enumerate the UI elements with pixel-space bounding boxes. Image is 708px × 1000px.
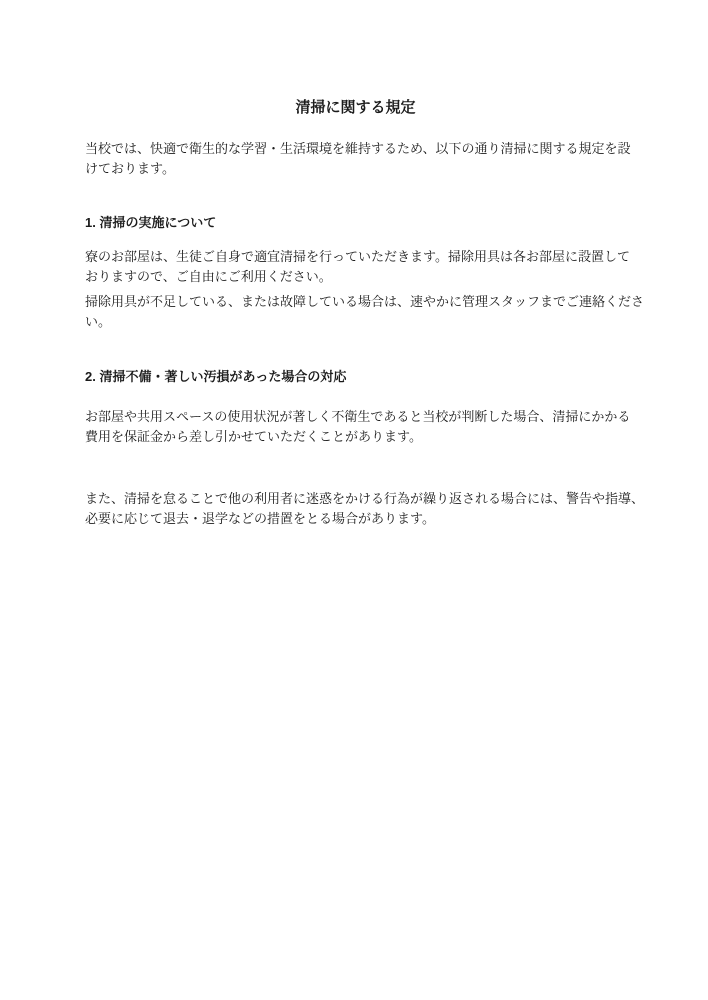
text-line: 必要に応じて退去・退学などの措置をとる場合があります。 <box>85 509 626 529</box>
text-line: い。 <box>85 312 626 332</box>
text-line: お部屋や共用スペースの使用状況が著しく不衛生であると当校が判断した場合、清掃にか… <box>85 407 626 427</box>
section-1-paragraph-2: 掃除用具が不足している、または故障している場合は、速やかに管理スタッフまでご連絡… <box>85 292 626 332</box>
text-line: 掃除用具が不足している、または故障している場合は、速やかに管理スタッフまでご連絡… <box>85 292 626 312</box>
text-line: また、清掃を怠ることで他の利用者に迷惑をかける行為が繰り返される場合には、警告や… <box>85 489 626 509</box>
intro-paragraph: 当校では、快適で衛生的な学習・生活環境を維持するため、以下の通り清掃に関する規定… <box>85 139 626 179</box>
section-2-paragraph-1: お部屋や共用スペースの使用状況が著しく不衛生であると当校が判断した場合、清掃にか… <box>85 407 626 447</box>
text-line: 費用を保証金から差し引かせていただくことがあります。 <box>85 427 626 447</box>
text-line: 寮のお部屋は、生徒ご自身で適宜清掃を行っていただきます。掃除用具は各お部屋に設置… <box>85 247 626 267</box>
text-line: けております。 <box>85 159 626 179</box>
section-2-heading: 2. 清掃不備・著しい汚損があった場合の対応 <box>85 367 626 387</box>
section-1-paragraph-1: 寮のお部屋は、生徒ご自身で適宜清掃を行っていただきます。掃除用具は各お部屋に設置… <box>85 247 626 287</box>
document-title: 清掃に関する規定 <box>85 97 626 119</box>
section-2-paragraph-2: また、清掃を怠ることで他の利用者に迷惑をかける行為が繰り返される場合には、警告や… <box>85 489 626 529</box>
document-page: 清掃に関する規定 当校では、快適で衛生的な学習・生活環境を維持するため、以下の通… <box>0 0 708 1000</box>
text-line: 当校では、快適で衛生的な学習・生活環境を維持するため、以下の通り清掃に関する規定… <box>85 139 626 159</box>
section-1-heading: 1. 清掃の実施について <box>85 213 626 233</box>
text-line: おりますので、ご自由にご利用ください。 <box>85 267 626 287</box>
